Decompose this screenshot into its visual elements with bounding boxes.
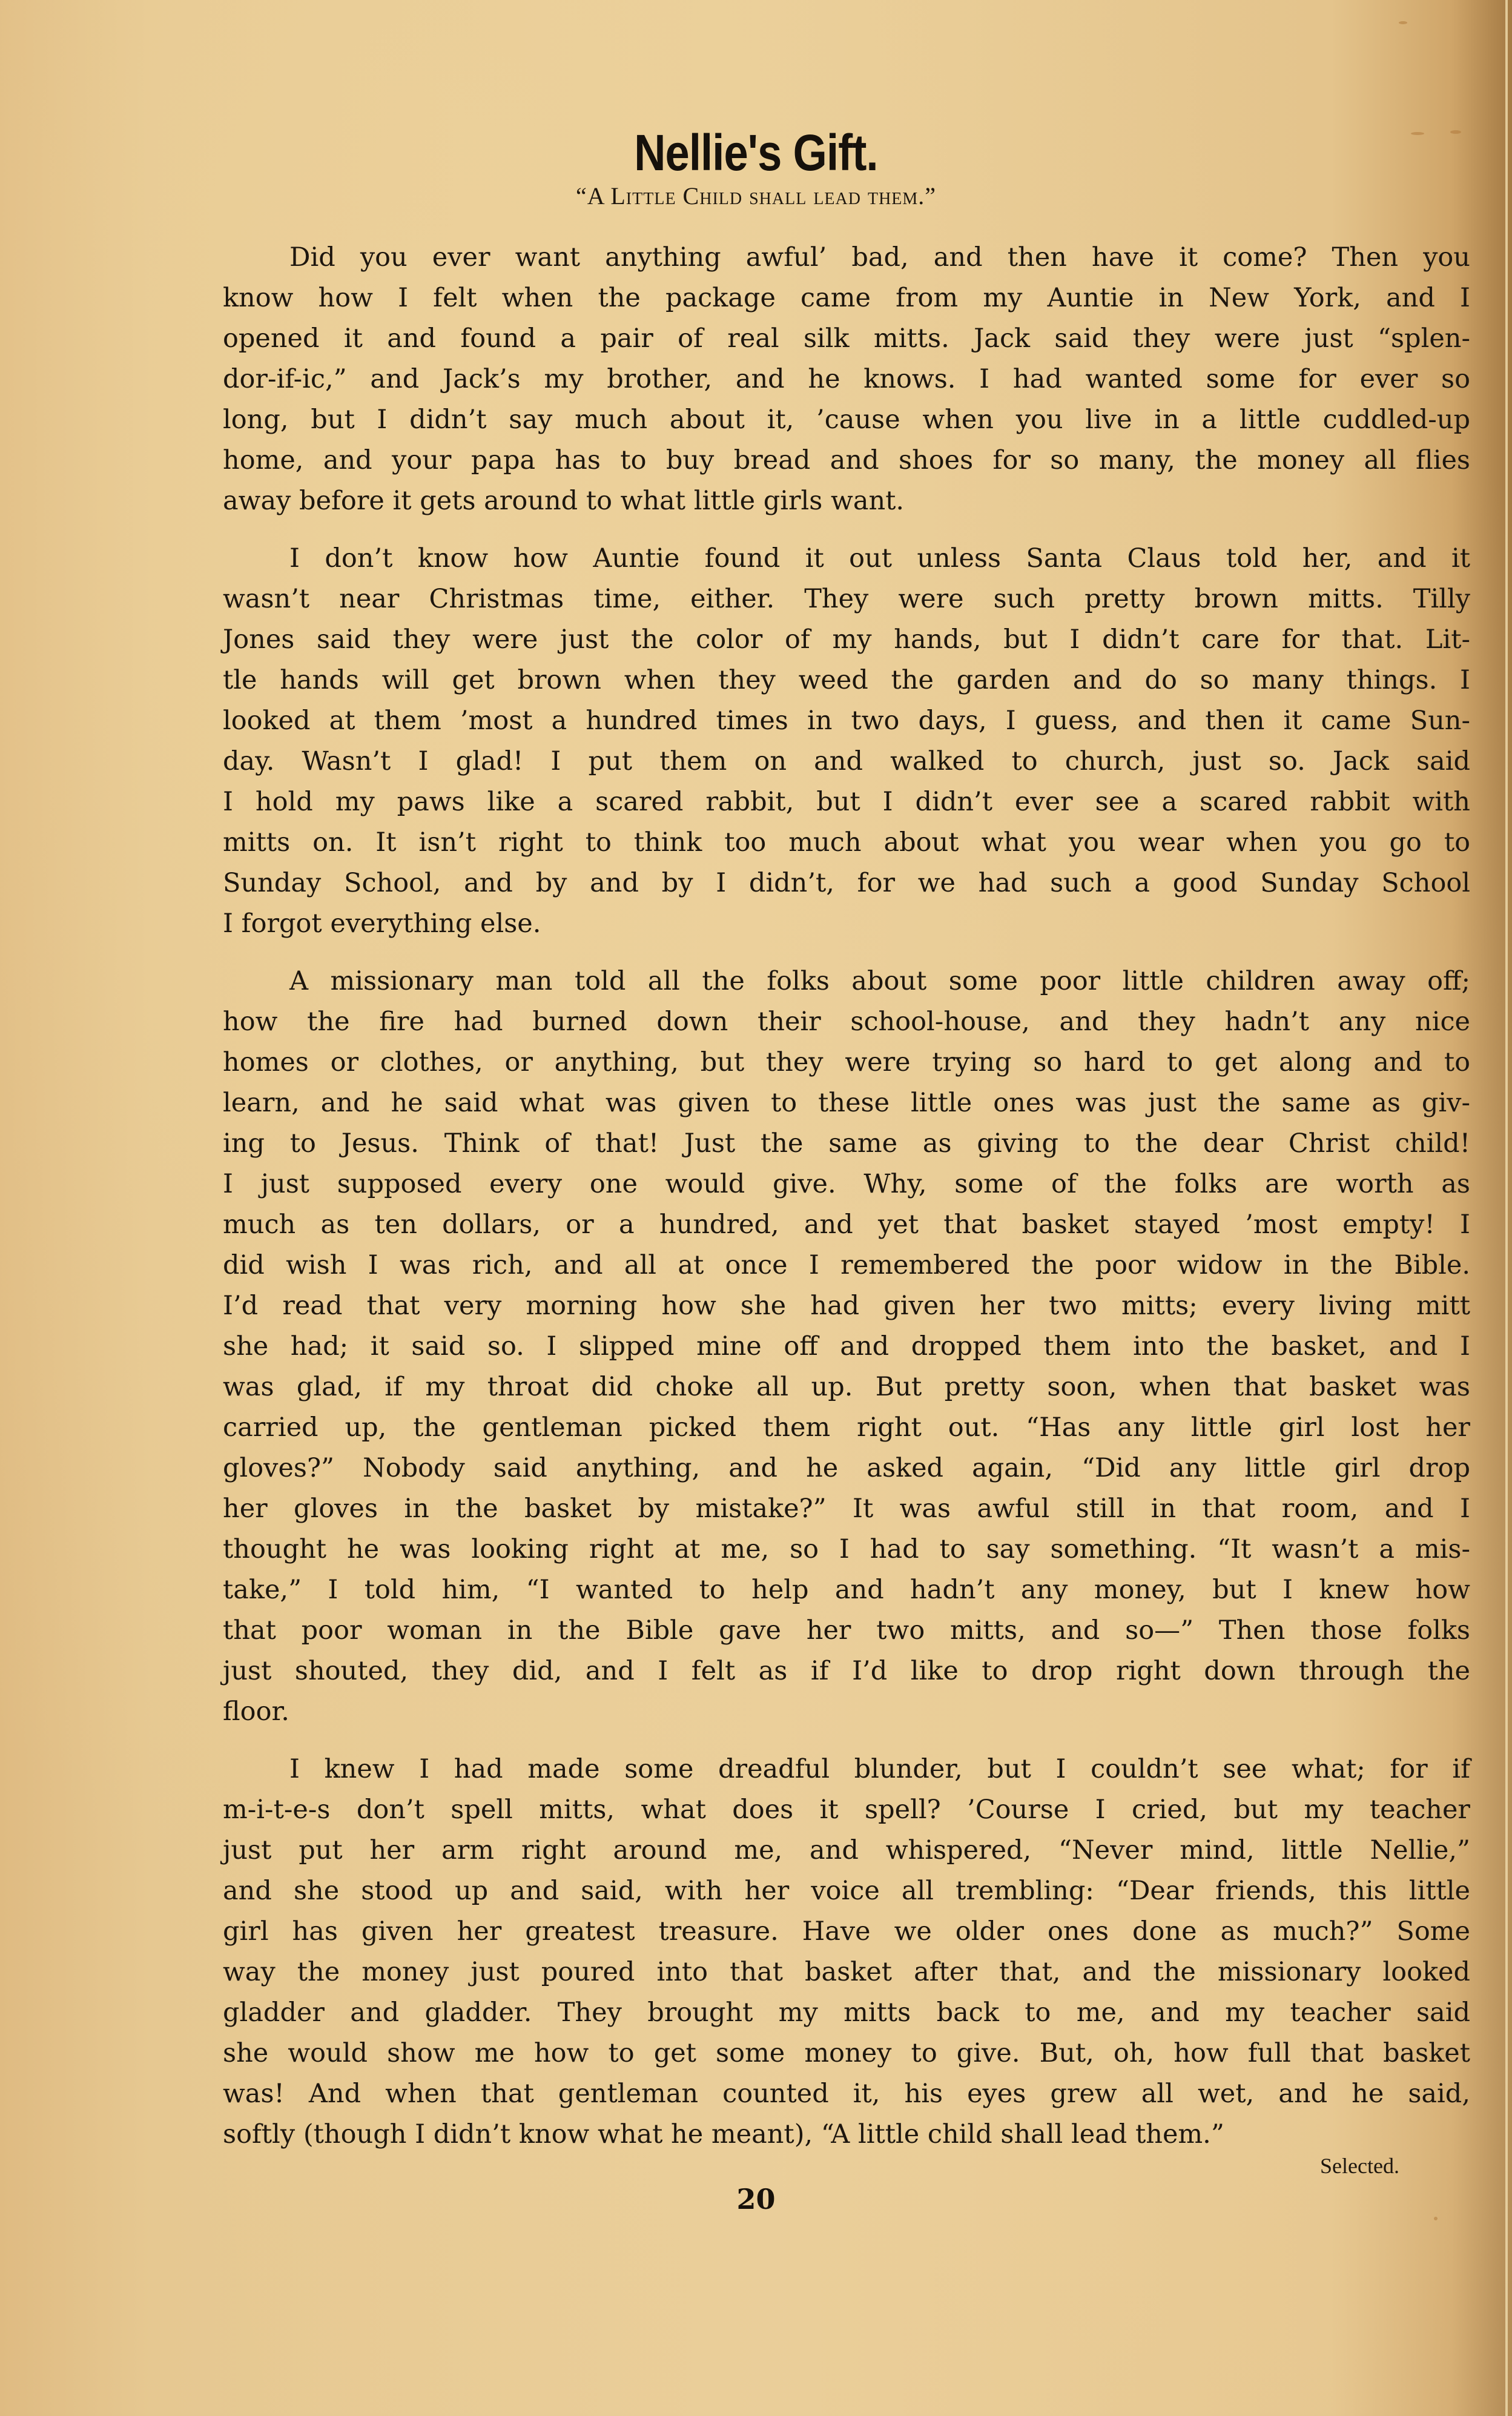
paper-speck: [1434, 2217, 1438, 2220]
text-line: A missionary man told all the folks abou…: [223, 961, 1470, 1002]
text-line: her gloves in the basket by mistake?” It…: [223, 1489, 1470, 1529]
paper-speck: [1411, 132, 1424, 135]
text-line: Did you ever want anything awful’ bad, a…: [223, 237, 1470, 278]
text-line: day. Wasn’t I glad! I put them on and wa…: [223, 741, 1470, 782]
text-line: how the fire had burned down their schoo…: [223, 1002, 1470, 1042]
text-line: take,” I told him, “I wanted to help and…: [223, 1570, 1470, 1610]
text-line: she would show me how to get some money …: [223, 2033, 1470, 2074]
text-line: Jones said they were just the color of m…: [223, 620, 1470, 660]
text-line: mitts on. It isn’t right to think too mu…: [223, 822, 1470, 863]
text-line: learn, and he said what was given to the…: [223, 1083, 1470, 1124]
text-line: just put her arm right around me, and wh…: [223, 1830, 1470, 1871]
text-line: I knew I had made some dreadful blunder,…: [223, 1749, 1470, 1790]
paper-speck: [1399, 21, 1407, 24]
text-line: tle hands will get brown when they weed …: [223, 660, 1470, 701]
text-line: I don’t know how Auntie found it out unl…: [223, 538, 1470, 579]
text-line: floor.: [223, 1692, 1470, 1732]
text-line: and she stood up and said, with her voic…: [223, 1871, 1470, 1911]
paragraph: A missionary man told all the folks abou…: [223, 961, 1470, 1732]
text-line: way the money just poured into that bask…: [223, 1952, 1470, 1993]
text-line: girl has given her greatest treasure. Ha…: [223, 1911, 1470, 1952]
text-line: softly (though I didn’t know what he mea…: [223, 2114, 1470, 2155]
text-line: m-i-t-e-s don’t spell mitts, what does i…: [223, 1790, 1470, 1830]
text-line: I’d read that very morning how she had g…: [223, 1286, 1470, 1326]
text-line: I forgot everything else.: [223, 904, 1470, 944]
page-number: 20: [0, 2183, 1512, 2216]
text-line: that poor woman in the Bible gave her tw…: [223, 1610, 1470, 1651]
text-line: know how I felt when the package came fr…: [223, 278, 1470, 319]
page-edge-line: [1505, 0, 1508, 2416]
text-line: gladder and gladder. They brought my mit…: [223, 1993, 1470, 2033]
text-line: long, but I didn’t say much about it, ’c…: [223, 400, 1470, 440]
paragraph: Did you ever want anything awful’ bad, a…: [223, 237, 1470, 521]
text-line: opened it and found a pair of real silk …: [223, 319, 1470, 359]
text-line: away before it gets around to what littl…: [223, 481, 1470, 521]
text-line: she had; it said so. I slipped mine off …: [223, 1326, 1470, 1367]
text-line: did wish I was rich, and all at once I r…: [223, 1245, 1470, 1286]
text-line: I hold my paws like a scared rabbit, but…: [223, 782, 1470, 822]
epigraph: “A Little Child shall lead them.”: [0, 182, 1512, 210]
paragraph: I don’t know how Auntie found it out unl…: [223, 538, 1470, 944]
text-line: just shouted, they did, and I felt as if…: [223, 1651, 1470, 1692]
text-line: dor-if-ic,” and Jack’s my brother, and h…: [223, 359, 1470, 400]
text-line: was! And when that gentleman counted it,…: [223, 2074, 1470, 2114]
text-line: thought he was looking right at me, so I…: [223, 1529, 1470, 1570]
text-line: Sunday School, and by and by I didn’t, f…: [223, 863, 1470, 904]
text-line: I just supposed every one would give. Wh…: [223, 1164, 1470, 1205]
text-line: much as ten dollars, or a hundred, and y…: [223, 1205, 1470, 1245]
paper-speck: [1450, 130, 1461, 134]
credit-line: Selected.: [1320, 2153, 1399, 2179]
text-line: ing to Jesus. Think of that! Just the sa…: [223, 1124, 1470, 1164]
page-title: Nellie's Gift.: [106, 124, 1406, 182]
paragraph: I knew I had made some dreadful blunder,…: [223, 1749, 1470, 2155]
text-line: wasn’t near Christmas time, either. They…: [223, 579, 1470, 620]
story-body: Did you ever want anything awful’ bad, a…: [223, 237, 1470, 2172]
text-line: gloves?” Nobody said anything, and he as…: [223, 1448, 1470, 1489]
text-line: looked at them ’most a hundred times in …: [223, 701, 1470, 741]
text-line: homes or clothes, or anything, but they …: [223, 1042, 1470, 1083]
text-line: home, and your papa has to buy bread and…: [223, 440, 1470, 481]
text-line: carried up, the gentleman picked them ri…: [223, 1408, 1470, 1448]
text-line: was glad, if my throat did choke all up.…: [223, 1367, 1470, 1408]
